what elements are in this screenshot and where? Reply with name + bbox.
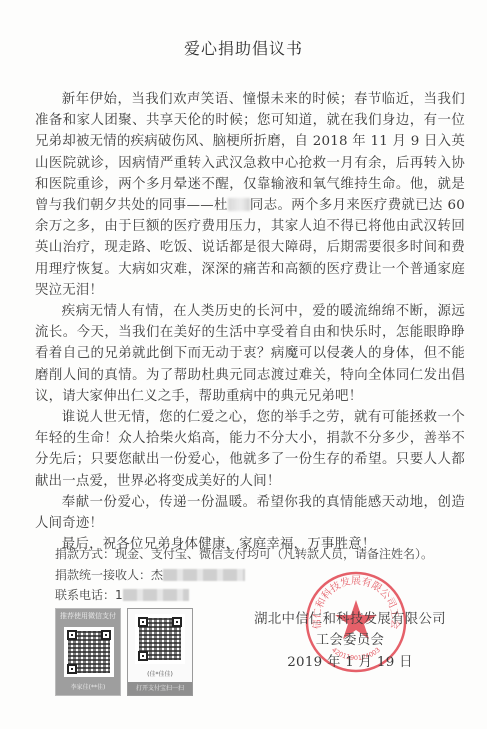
wechat-qr-card: 推荐使用微信支付 李家佳(**佳)	[55, 608, 121, 696]
paragraph-3: 谁说人世无情，您的仁爱之心，您的举手之劳，就有可能拯救一个年轻的生命！众人拾柴火…	[35, 407, 465, 492]
redacted-recipient	[163, 569, 245, 581]
paragraph-1: 新年伊始，当我们欢声笑语、憧憬未来的时候；春节临近，当我们准备和家人团聚、共享天…	[35, 89, 465, 301]
signature-date: 2019 年 1 月 19 日	[240, 652, 460, 673]
redacted-phone	[123, 589, 189, 601]
phone-label: 联系电话：	[55, 588, 115, 602]
phone-prefix: 1	[115, 588, 123, 602]
signature-company: 湖北中信仁和科技发展有限公司	[240, 609, 460, 630]
letter-body: 新年伊始，当我们欢声笑语、憧憬未来的时候；春节临近，当我们准备和家人团聚、共享天…	[35, 89, 465, 555]
signature-block: 湖北中信仁和科技发展有限公司 工会委员会 2019 年 1 月 19 日	[240, 609, 460, 673]
alipay-qr-label: (佳*佳佳)	[128, 669, 192, 678]
donation-method: 捐款方式：现金、支付宝、微信支付均可（凡转款人员，请备注姓名）。	[55, 544, 433, 565]
alipay-qr-footer: 打开支付宝扫一扫	[128, 682, 192, 695]
signature-department: 工会委员会	[240, 630, 460, 651]
redacted-name	[228, 198, 250, 211]
recipient-prefix: 杰	[151, 568, 163, 582]
paragraph-4: 奉献一份爱心，传递一份温暖。希望你我的真情能感天动地，创造人间奇迹！	[35, 492, 465, 534]
recipient-label: 捐款统一接收人：	[55, 568, 151, 582]
wechat-qr-header: 推荐使用微信支付	[56, 609, 120, 623]
paragraph-2: 疾病无情人有情，在人类历史的长河中，爱的暖流绵绵不断，源远流长。今天，当我们在美…	[35, 301, 465, 407]
paragraph-1-text: 新年伊始，当我们欢声笑语、憧憬未来的时候；春节临近，当我们准备和家人团聚、共享天…	[35, 92, 465, 213]
alipay-qr-code-icon	[135, 614, 185, 664]
page-title: 爱心捐助倡议书	[0, 36, 487, 59]
alipay-qr-card: (佳*佳佳) 打开支付宝扫一扫	[127, 608, 193, 696]
wechat-qr-code-icon	[64, 627, 114, 677]
wechat-qr-name: 李家佳(**佳)	[56, 682, 120, 691]
